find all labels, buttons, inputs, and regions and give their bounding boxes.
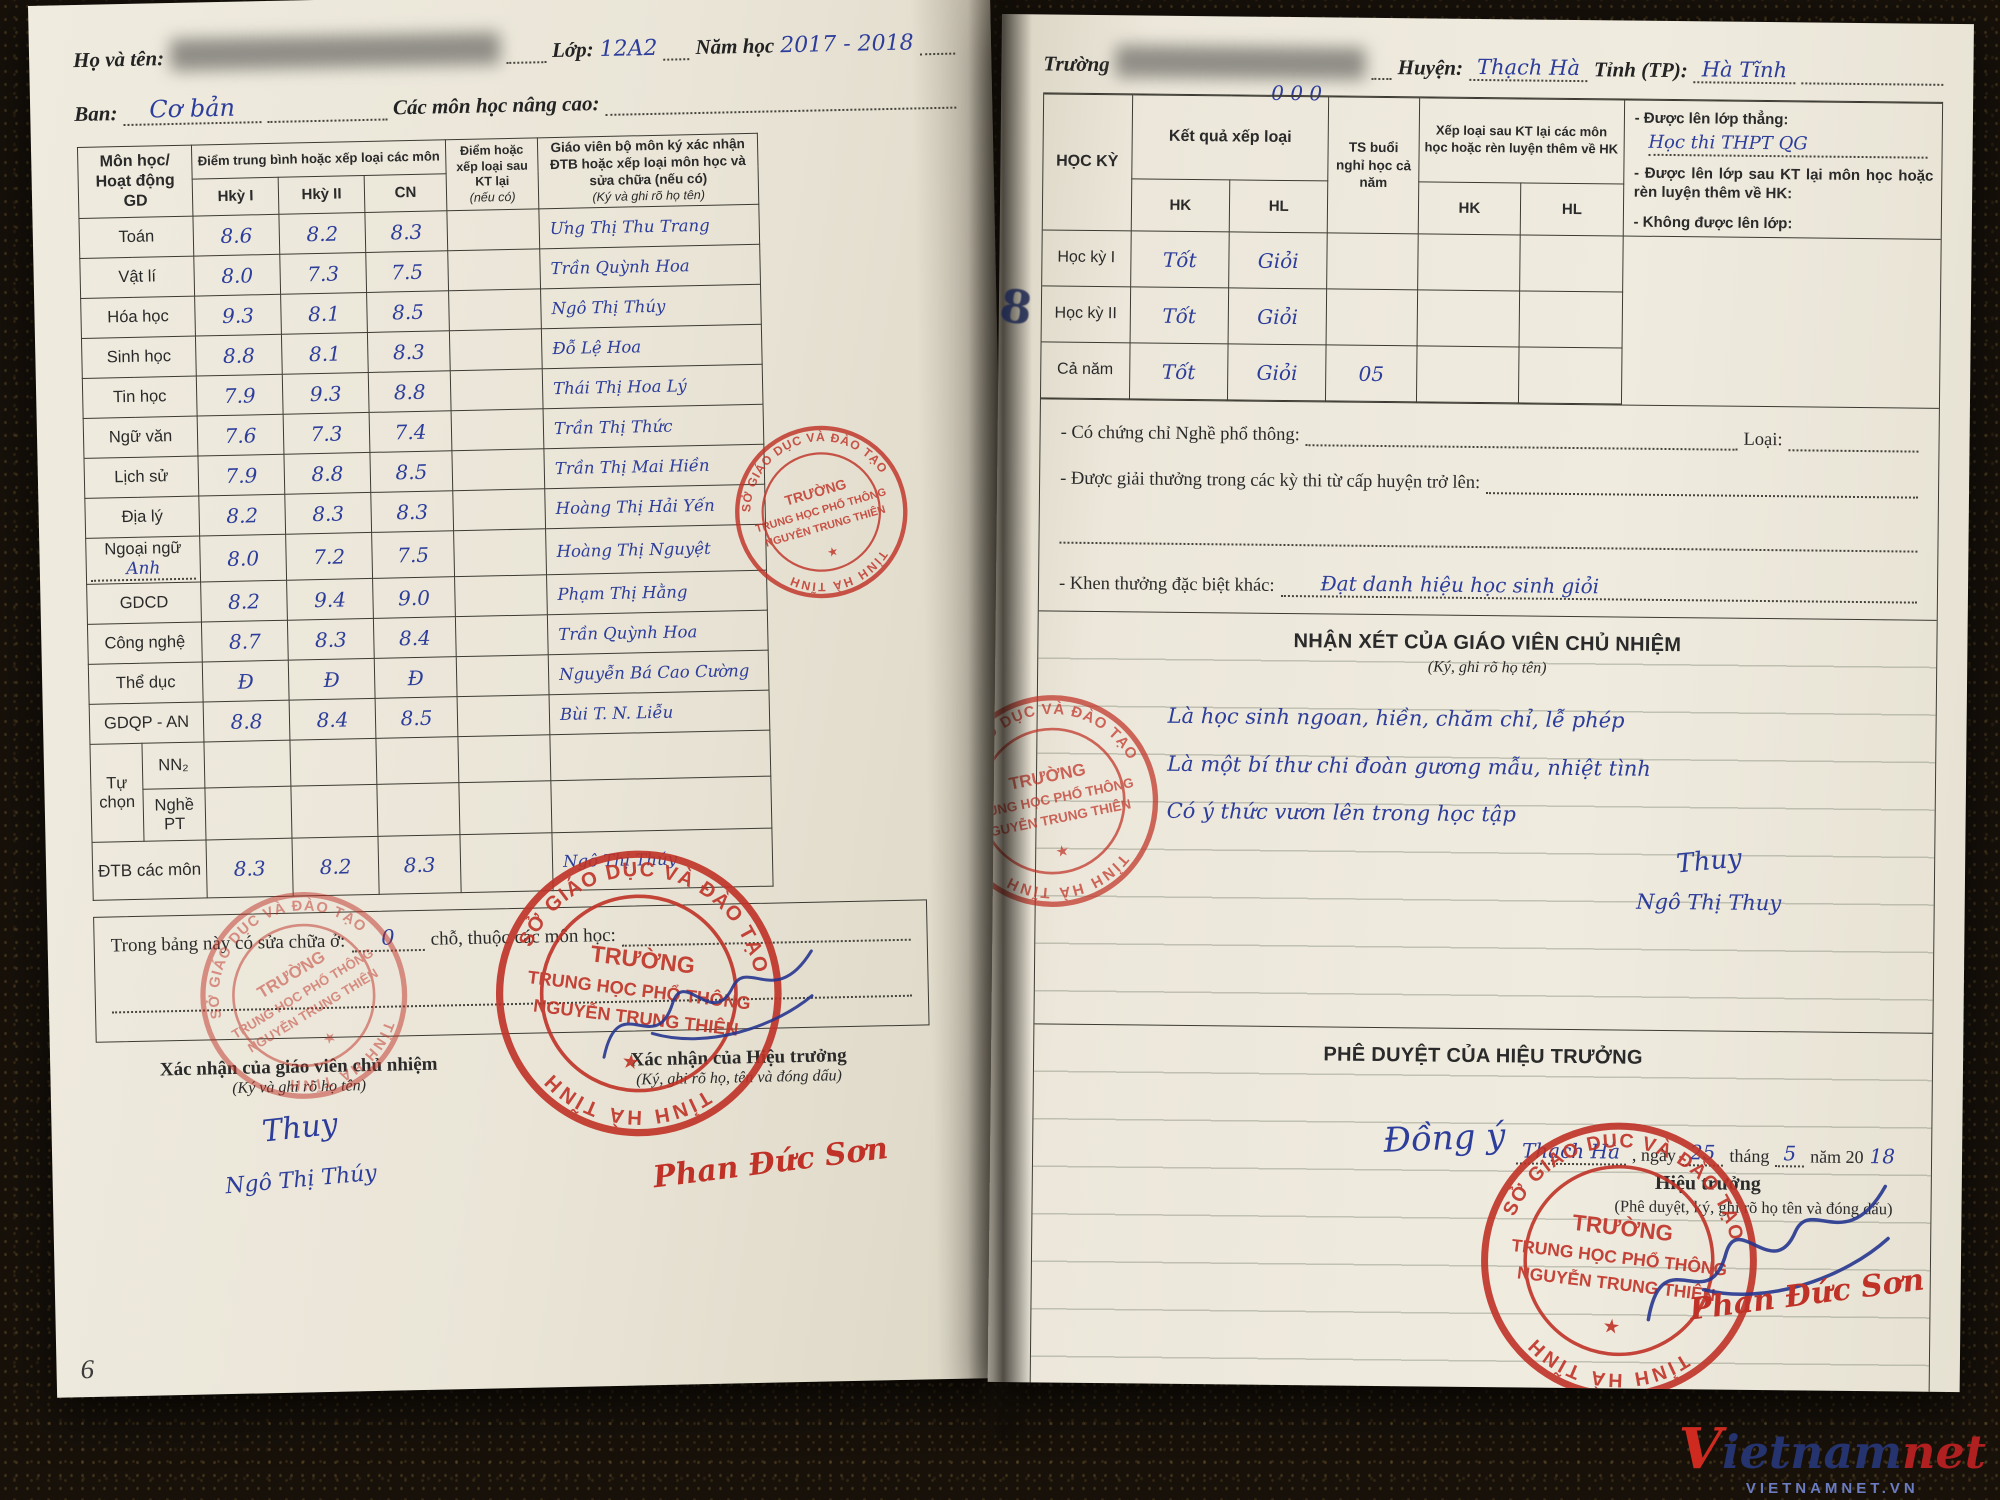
school-year-value-handwritten: 2017 - 2018: [780, 30, 914, 58]
teacher-signature: Hoàng Thị Nguyệt: [546, 524, 767, 575]
sem2-grade: 8.8: [284, 453, 371, 495]
subject-note-handwritten: Anh: [91, 558, 196, 582]
certificates-section: - Có chứng chỉ Nghề phổ thông: Loại: - Đ…: [1039, 399, 1939, 620]
result-group-header: Kết quả xếp loại: [1131, 95, 1329, 181]
logo-ietnam: ietnam: [1722, 1425, 1902, 1479]
retest-grade: [450, 369, 543, 411]
dotted-leader: [1372, 54, 1392, 80]
retest-conduct: [1416, 346, 1519, 403]
teacher-signature: Phạm Thị Hằng: [547, 570, 768, 615]
advanced-subjects-label: Các môn học nâng cao:: [393, 91, 600, 120]
vietnamnet-logo: Vietnamnet: [1679, 1421, 1986, 1477]
corrections-prefix: Trong bảng này có sửa chữa ở:: [110, 931, 345, 958]
subject-label: Lịch sử: [89, 467, 194, 488]
teacher-signature: Nguyễn Bá Cao Cường: [548, 650, 769, 695]
district-value-handwritten: Thạch Hà: [1469, 55, 1588, 82]
subject-name: GDQP - AN: [89, 702, 204, 744]
svg-text:TỈNH HÀ TĨNH: TỈNH HÀ TĨNH: [784, 546, 896, 607]
sem1-grade: 8.6: [193, 215, 280, 257]
year-grade: 9.0: [373, 577, 456, 619]
comments-subtitle: (Ký, ghi rõ họ tên): [1058, 655, 1916, 682]
svg-text:TRUNG HỌC PHỔ THÔNG: TRUNG HỌC PHỔ THÔNG: [754, 485, 888, 535]
subject-name: Toán: [79, 216, 194, 258]
sem2-grade: 8.2: [279, 213, 366, 255]
teacher-signature: Thái Thị Hoa Lý: [542, 364, 763, 409]
academic-rating: Giỏi: [1229, 232, 1328, 289]
semester-row: Học kỳ IITốtGiỏi: [1042, 286, 1941, 351]
retest-grade: [449, 329, 542, 371]
retest-grade: [447, 209, 540, 251]
retest-header-text: Điểm hoặc xếp loại sau KT lại: [450, 142, 534, 191]
academic-column-header: HL: [1229, 179, 1328, 233]
subject-name: Tin học: [82, 376, 197, 418]
report-book-right-page: Trường Huyện: Thạch Hà Tỉnh (TP): Hà Tĩn…: [988, 14, 1974, 1392]
subject-label: Ngữ văn: [88, 427, 193, 448]
comments-body: Là học sinh ngoan, hiền, chăm chỉ, lễ ph…: [1056, 691, 1915, 842]
province-value-handwritten: Hà Tĩnh: [1694, 57, 1796, 84]
sem1-grade: Đ: [202, 660, 289, 702]
year-grade: 8.8: [368, 371, 451, 413]
left-page-header: Họ và tên: Lớp: 12A2 Năm học 2017 - 2018…: [28, 0, 992, 128]
avg-sem2-grade: 8.2: [292, 837, 379, 897]
teacher-signature: Trần Quỳnh Hoa: [540, 244, 761, 289]
class-label: Lớp:: [552, 37, 594, 63]
year-grade: Đ: [374, 657, 457, 699]
special-awards-handwritten: Đạt danh hiệu học sinh giỏi: [1280, 571, 1917, 604]
subject-name: Thể dục: [88, 662, 203, 704]
province-label: Tỉnh (TP):: [1594, 57, 1688, 83]
retest-grade: [455, 575, 548, 617]
optional-subject-vocational: Nghề PT: [143, 788, 206, 841]
subject-label: GDCD: [91, 593, 196, 614]
year-grade: 7.5: [366, 251, 449, 293]
subject-name: Sinh học: [81, 336, 196, 378]
sem2-grade: 9.4: [287, 579, 374, 621]
avg-score-group-header: Điểm trung bình hoặc xếp loại các môn: [191, 140, 446, 179]
homeroom-comments-section: NHẬN XÉT CỦA GIÁO VIÊN CHỦ NHIỆM (Ký, gh…: [1034, 611, 1936, 1033]
subject-label: Địa lý: [90, 507, 195, 528]
teacher-signature: Trần Thị Thức: [543, 404, 764, 449]
report-book-left-page: Họ và tên: Lớp: 12A2 Năm học 2017 - 2018…: [28, 0, 1019, 1398]
teacher-header-note: (Ký và ghi rõ họ tên): [543, 186, 754, 206]
cert-type-label: Loại:: [1743, 430, 1782, 451]
date-thang-label: tháng: [1729, 1146, 1769, 1167]
subject-label: GDQP - AN: [94, 713, 199, 734]
conduct-rating: Tốt: [1130, 287, 1229, 344]
retest-column-header: Điểm hoặc xếp loại sau KT lại (nếu có): [445, 138, 538, 211]
awards-label: - Được giải thưởng trong các kỳ thi từ c…: [1060, 469, 1480, 494]
absent-days: [1327, 289, 1418, 346]
page-number: 6: [80, 1354, 94, 1385]
teacher-signature: Ưng Thị Thu Trang: [539, 204, 760, 249]
subject-name: Hóa học: [81, 296, 196, 338]
sem2-grade: 9.3: [282, 373, 369, 415]
subject-label: Thể dục: [93, 673, 198, 694]
empty-cell: [376, 737, 459, 785]
empty-cell: [460, 833, 553, 893]
teacher-signature: Đỗ Lệ Hoa: [541, 324, 762, 369]
subject-column-header: Môn học/ Hoạt động GD: [77, 145, 192, 219]
subject-name: Ngoại ngữAnh: [86, 536, 201, 584]
retest-grade: [452, 449, 545, 491]
semester2-column-header: Hkỳ II: [278, 175, 365, 214]
year-grade: 7.5: [372, 531, 455, 579]
teacher-signature: Trần Thị Mai Hiền: [544, 444, 765, 489]
comments-title: NHẬN XÉT CỦA GIÁO VIÊN CHỦ NHIỆM: [1058, 628, 1916, 660]
subject-label: Toán: [84, 227, 189, 248]
dotted-leader: [1306, 421, 1738, 452]
summary-box: HỌC KỲ Kết quả xếp loại TS buổi nghỉ học…: [1029, 92, 1943, 1392]
year-grade: 8.5: [370, 451, 453, 493]
subject-label: Công nghệ: [92, 633, 197, 654]
sem2-grade: 8.4: [289, 699, 376, 741]
svg-text:★: ★: [826, 544, 840, 561]
absent-days-header: TS buổi nghỉ học cả năm: [1328, 97, 1420, 234]
optional-group-label: Tự chọn: [90, 744, 144, 843]
empty-cell: [290, 739, 377, 787]
retest-grade: [449, 289, 542, 331]
year-grade: 8.3: [371, 491, 454, 533]
academic-rating: Giỏi: [1228, 344, 1327, 401]
subject-label: Vật lí: [85, 267, 190, 288]
empty-cell: [459, 781, 552, 835]
sem1-grade: 8.2: [201, 580, 288, 622]
avg-teacher-signature: Ngô Thị Thúy: [552, 828, 773, 891]
retest-grade: [453, 489, 546, 531]
district-label: Huyện:: [1398, 55, 1464, 81]
semester-label: Học kỳ I: [1042, 230, 1131, 287]
sem1-grade: 8.0: [200, 534, 287, 582]
subject-name: GDCD: [87, 582, 202, 624]
svg-text:TRƯỜNG: TRƯỜNG: [783, 475, 849, 509]
dotted-leader: [1059, 518, 1917, 553]
dotted-leader: [267, 95, 388, 124]
retest-group-header: Xếp loại sau KT lại các môn học hoặc rèn…: [1418, 98, 1624, 184]
teacher-signature: Ngô Thị Thúy: [541, 284, 762, 329]
class-value-handwritten: 12A2: [599, 36, 657, 62]
dotted-leader: [622, 915, 911, 947]
right-page-header: Trường Huyện: Thạch Hà Tỉnh (TP): Hà Tĩn…: [1001, 14, 1974, 86]
avg-year-grade: 8.3: [378, 835, 461, 895]
retest-grade: [457, 695, 550, 737]
retest-conduct: [1417, 290, 1520, 347]
corrections-suffix: chỗ, thuộc các môn học:: [430, 925, 616, 951]
empty-cell: [377, 783, 460, 837]
promotion-line2: - Được lên lớp sau KT lại môn học hoặc r…: [1634, 164, 1934, 206]
teacher-header-text: Giáo viên bộ môn ký xác nhận ĐTB hoặc xế…: [542, 136, 754, 191]
subject-label: Tin học: [87, 387, 192, 408]
student-name-label: Họ và tên:: [73, 46, 164, 73]
sem2-grade: Đ: [288, 659, 375, 701]
sem1-grade: 8.2: [199, 494, 286, 536]
sem1-grade: 9.3: [195, 295, 282, 337]
sem1-grade: 7.9: [196, 375, 283, 417]
dotted-leader: [506, 37, 547, 64]
avg-sem1-grade: 8.3: [206, 838, 293, 898]
sem2-grade: 7.3: [283, 413, 370, 455]
semester-row: Cả nămTốtGiỏi05: [1041, 342, 1940, 407]
subject-label: Sinh học: [86, 347, 191, 368]
sem2-grade: 8.1: [281, 293, 368, 335]
dotted-leader: [1801, 58, 1944, 85]
date-month-handwritten: 5: [1775, 1142, 1804, 1168]
retest-conduct: [1417, 234, 1520, 291]
dotted-leader: [1486, 468, 1918, 499]
table-header-row: HỌC KỲ Kết quả xếp loại TS buổi nghỉ học…: [1043, 94, 1942, 187]
vietnamnet-watermark: Vietnamnet VIETNAMNET.VN: [1679, 1421, 1986, 1496]
svg-text:NGUYỄN TRUNG THIÊN: NGUYỄN TRUNG THIÊN: [764, 503, 887, 550]
sem1-grade: 8.7: [201, 620, 288, 662]
comment-line: Có ý thức vươn lên trong học tập: [1056, 786, 1914, 842]
homeroom-teacher-confirmation: Xác nhận của giáo viên chủ nhiệm (Ký và …: [96, 1053, 504, 1197]
year-grade: 8.3: [365, 211, 448, 253]
year-grade: 8.5: [367, 291, 450, 333]
principal-approval-section: PHÊ DUYỆT CỦA HIỆU TRƯỞNG Đồng ý Thạch H…: [1030, 1024, 1932, 1392]
sem2-grade: 8.1: [281, 333, 368, 375]
sem1-grade: 8.8: [203, 700, 290, 742]
subject-name: Lịch sử: [84, 456, 199, 498]
semester-label: Cả năm: [1041, 342, 1130, 399]
dotted-leader: [663, 34, 690, 61]
logo-net: net: [1902, 1425, 1986, 1479]
teacher-signature: Bùi T. N. Liễu: [549, 690, 770, 735]
approval-title: PHÊ DUYỆT CỦA HIỆU TRƯỞNG: [1054, 1041, 1912, 1073]
retest-grade: [454, 529, 547, 577]
sem2-grade: 8.3: [287, 619, 374, 661]
retest-academic: [1520, 235, 1623, 292]
empty-cell: [291, 785, 378, 839]
empty-cell: [204, 740, 291, 788]
logo-v: V: [1679, 1416, 1722, 1482]
semester1-column-header: Hkỳ I: [192, 177, 279, 216]
empty-cell: [550, 730, 771, 781]
retest-conduct-header: HK: [1418, 181, 1521, 235]
retest-grade: [455, 615, 548, 657]
corrections-box: Trong bảng này có sửa chữa ở: 0 chỗ, thu…: [93, 900, 929, 1043]
year-grade: 8.4: [373, 617, 456, 659]
subject-name: Vật lí: [80, 256, 195, 298]
subject-label: Ngoại ngữ: [90, 539, 195, 560]
empty-cell: [551, 776, 772, 833]
retest-grade: [448, 249, 541, 291]
retest-academic: [1519, 347, 1622, 404]
semester-row: Học kỳ ITốtGiỏi: [1042, 230, 1941, 295]
sem1-grade: 7.6: [197, 414, 284, 456]
subject-label: Hóa học: [85, 307, 190, 328]
conduct-rating: Tốt: [1130, 231, 1229, 288]
retest-academic: [1519, 291, 1622, 348]
corrections-count-handwritten: 0: [351, 925, 425, 953]
dotted-leader: [112, 971, 912, 1014]
school-label: Trường: [1043, 51, 1110, 77]
vocational-cert-label: - Có chứng chỉ Nghề phổ thông:: [1061, 423, 1300, 447]
teacher-signature: Trần Quỳnh Hoa: [547, 610, 768, 655]
teacher-signature: Hoàng Thị Hải Yến: [545, 484, 766, 529]
empty-cell: [458, 735, 551, 783]
teacher-sign-column-header: Giáo viên bộ môn ký xác nhận ĐTB hoặc xế…: [537, 133, 758, 209]
subject-name: Ngữ văn: [83, 416, 198, 458]
date-year-handwritten: 18: [1870, 1145, 1896, 1169]
absent-days: 05: [1326, 345, 1417, 402]
year-grade: 7.4: [369, 411, 452, 453]
dotted-leader: [919, 29, 955, 56]
vietnamnet-url: VIETNAMNET.VN: [1679, 1481, 1986, 1496]
promotion-status-cell: - Được lên lớp thẳng: Học thi THPT QG - …: [1623, 100, 1942, 240]
special-awards-label: - Khen thưởng đặc biệt khác:: [1059, 574, 1275, 597]
dotted-leader: [1788, 426, 1918, 453]
conduct-summary-table: HỌC KỲ Kết quả xếp loại TS buổi nghỉ học…: [1041, 93, 1942, 408]
absent-days: [1327, 233, 1418, 290]
retest-header-note: (nếu có): [451, 189, 534, 206]
sem2-grade: 7.2: [286, 533, 373, 581]
retest-grade: [451, 409, 544, 451]
dotted-leader: [605, 83, 956, 116]
track-value-handwritten: Cơ bản: [123, 93, 261, 126]
semester-column-header: HỌC KỲ: [1043, 94, 1133, 231]
comments-signature-block: Thuy Ngô Thị Thuy: [1594, 845, 1825, 915]
school-name-redacted: [1116, 45, 1366, 80]
overall-average-label: ĐTB các môn: [92, 840, 207, 900]
retest-academic-header: HL: [1520, 183, 1623, 237]
retest-grade: [456, 655, 549, 697]
promotion-line1: - Được lên lớp thẳng:: [1635, 109, 1935, 132]
student-name-redacted: [170, 32, 501, 71]
promotion-line3: - Không được lên lớp:: [1633, 213, 1933, 236]
sem1-grade: 8.8: [195, 335, 282, 377]
year-grade: 8.5: [375, 697, 458, 739]
subject-grades-table: Môn học/ Hoạt động GD Điểm trung bình ho…: [77, 133, 774, 901]
track-label: Ban:: [74, 101, 118, 127]
semester-label: Học kỳ II: [1042, 286, 1131, 343]
yearavg-column-header: CN: [364, 173, 447, 212]
empty-cell: [205, 786, 292, 840]
year-grade: 8.3: [367, 331, 450, 373]
school-year-label: Năm học: [695, 33, 774, 60]
comments-signature-handwritten: Thuy: [1593, 836, 1825, 888]
promotion-line1-handwritten: Học thi THPT QG: [1648, 130, 1928, 158]
sem2-grade: 8.3: [285, 493, 372, 535]
optional-subject-nn2: NN₂: [142, 742, 205, 789]
subject-name: Công nghệ: [87, 622, 202, 664]
date-nam-label: năm 20: [1810, 1147, 1864, 1169]
conduct-rating: Tốt: [1129, 343, 1228, 400]
comments-signer-name: Ngô Thị Thuy: [1594, 889, 1824, 915]
conduct-column-header: HK: [1131, 178, 1230, 232]
subject-name: Địa lý: [85, 496, 200, 538]
sem1-grade: 7.9: [198, 454, 285, 496]
academic-rating: Giỏi: [1228, 288, 1327, 345]
sem2-grade: 7.3: [280, 253, 367, 295]
confirmation-section: Xác nhận của giáo viên chủ nhiệm (Ký và …: [96, 1043, 979, 1197]
sem1-grade: 8.0: [194, 255, 281, 297]
